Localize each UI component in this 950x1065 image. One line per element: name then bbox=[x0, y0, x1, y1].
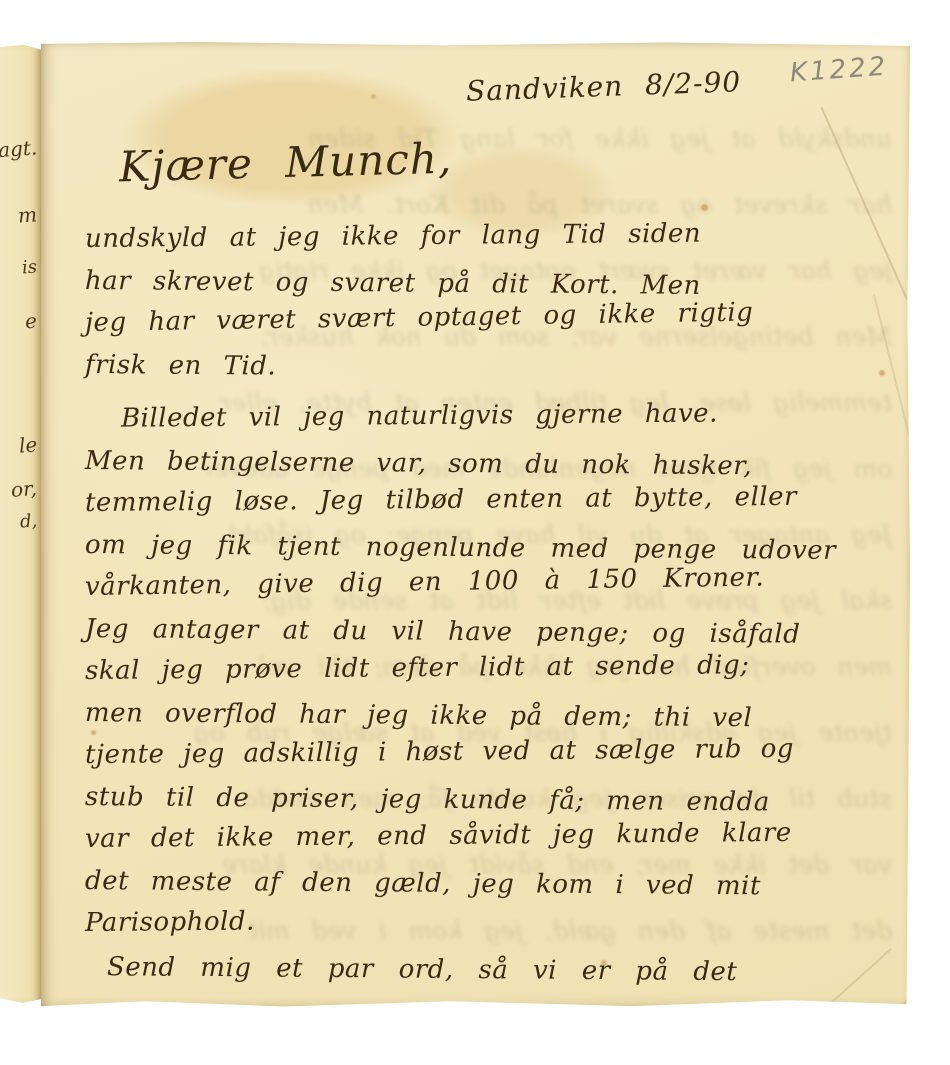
body-line: frisk en Tid. bbox=[85, 344, 884, 392]
adjacent-page-edge: tagt. m is e le or, d, bbox=[0, 45, 41, 1003]
letter-body: undskyld at jeg ikke for lang Tid siden … bbox=[85, 218, 884, 988]
body-line: undskyld at jeg ikke for lang Tid siden bbox=[85, 211, 884, 260]
body-line: temmelig løse. Jeg tilbød enten at bytte… bbox=[85, 475, 884, 524]
margin-fragment: le bbox=[18, 432, 38, 457]
letter-page: undskyld at jeg ikke for lang Tid siden … bbox=[41, 42, 910, 1008]
salutation: Kjære Munch, bbox=[118, 134, 452, 192]
body-line: Billedet vil jeg naturligvis gjerne have… bbox=[85, 391, 884, 440]
foxing-dot bbox=[371, 94, 376, 99]
paper-crease bbox=[742, 1015, 822, 1059]
margin-fragment: e bbox=[24, 309, 37, 334]
margin-fragment: m bbox=[17, 202, 38, 227]
body-line: tjente jeg adskillig i høst ved at sælge… bbox=[85, 727, 884, 776]
body-line: var det ikke mer, end såvidt jeg kunde k… bbox=[85, 811, 884, 860]
scanned-letter: tagt. m is e le or, d, undskyld at jeg i… bbox=[0, 0, 950, 1065]
dateline: Sandviken 8/2-90 bbox=[466, 65, 742, 108]
margin-fragment: d, bbox=[19, 510, 38, 532]
body-line: Parisophold. bbox=[85, 895, 884, 944]
margin-fragment: or, bbox=[10, 476, 37, 502]
margin-fragment: tagt. bbox=[0, 135, 38, 162]
body-line: Send mig et par ord, så vi er på det bbox=[85, 946, 884, 994]
margin-fragment: is bbox=[21, 257, 37, 279]
catalog-number: K1222 bbox=[789, 52, 889, 89]
foxing-dot bbox=[701, 204, 708, 211]
body-line: skal jeg prøve lidt efter lidt at sende … bbox=[85, 643, 884, 692]
